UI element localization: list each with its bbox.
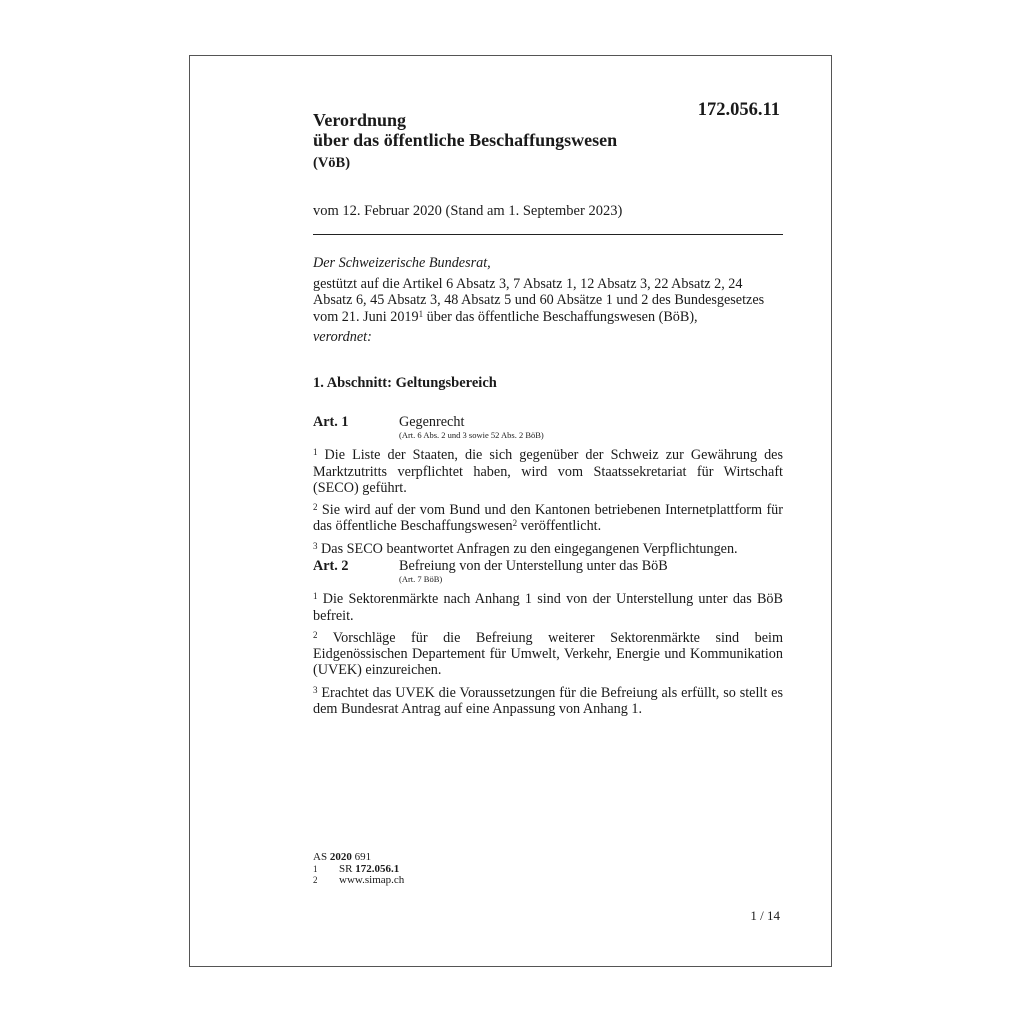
sr-number: 172.056.11	[698, 100, 780, 121]
article-title: Gegenrecht	[399, 414, 464, 430]
header-divider	[313, 234, 783, 235]
section-heading: 1. Abschnitt: Geltungsbereich	[313, 375, 497, 392]
paragraph: 3 Erachtet das UVEK die Voraussetzungen …	[313, 685, 783, 718]
paragraph-number: 3	[313, 541, 318, 551]
paragraph-number: 2	[313, 502, 318, 512]
as-page: 691	[352, 851, 371, 863]
preamble-basis: gestützt auf die Artikel 6 Absatz 3, 7 A…	[313, 276, 783, 326]
article-1: Art. 1 Gegenrecht (Art. 6 Abs. 2 und 3 s…	[313, 414, 783, 557]
article-number: Art. 1	[313, 414, 399, 430]
footnote-text: SR	[339, 863, 355, 875]
paragraph-number: 1	[313, 591, 318, 601]
as-year: 2020	[330, 851, 352, 863]
paragraph-text: Die Liste der Staaten, die sich gegenübe…	[313, 447, 783, 496]
footnote-number: 2	[313, 875, 339, 887]
date-line: vom 12. Februar 2020 (Stand am 1. Septem…	[313, 203, 622, 220]
paragraph-text: Vorschläge für die Befreiung weiterer Se…	[313, 630, 783, 679]
footnote-link[interactable]: www.simap.ch	[339, 875, 404, 887]
paragraph: 1 Die Liste der Staaten, die sich gegenü…	[313, 447, 783, 496]
paragraph-text: Die Sektorenmärkte nach Anhang 1 sind vo…	[313, 591, 783, 623]
paragraph-text: Erachtet das UVEK die Voraussetzungen fü…	[313, 685, 783, 717]
paragraph-text-2: veröffentlicht.	[517, 518, 601, 534]
article-title: Befreiung von der Unterstellung unter da…	[399, 558, 668, 574]
paragraph: 3 Das SECO beantwortet Anfragen zu den e…	[313, 541, 783, 557]
paragraph-text: Das SECO beantwortet Anfragen zu den ein…	[321, 541, 738, 557]
title-line-2: über das öffentliche Beschaffungswesen	[313, 130, 617, 150]
paragraph-number: 2	[313, 630, 318, 640]
preamble: Der Schweizerische Bundesrat, gestützt a…	[313, 255, 783, 350]
footnote-sr-link[interactable]: 172.056.1	[355, 863, 399, 875]
title-abbreviation: (VöB)	[313, 152, 617, 174]
article-2: Art. 2 Befreiung von der Unterstellung u…	[313, 558, 783, 717]
article-reference: (Art. 7 BöB)	[399, 574, 668, 585]
article-number: Art. 2	[313, 558, 399, 574]
document-page: Verordnung über das öffentliche Beschaff…	[189, 55, 832, 967]
paragraph: 2 Sie wird auf der vom Bund und den Kant…	[313, 502, 783, 535]
article-reference: (Art. 6 Abs. 2 und 3 sowie 52 Abs. 2 BöB…	[399, 430, 544, 441]
preamble-basis-text-2: über das öffentliche Beschaffungswesen (…	[423, 309, 697, 325]
paragraph: 1 Die Sektorenmärkte nach Anhang 1 sind …	[313, 591, 783, 624]
paragraph: 2 Vorschläge für die Befreiung weiterer …	[313, 630, 783, 679]
document-title: Verordnung über das öffentliche Beschaff…	[313, 110, 617, 174]
footnotes: AS 2020 691 1 SR 172.056.1 2 www.simap.c…	[313, 852, 404, 887]
title-line-1: Verordnung	[313, 110, 617, 130]
preamble-decree: verordnet:	[313, 329, 783, 346]
footnote-number: 1	[313, 864, 339, 876]
page-number: 1 / 14	[750, 908, 780, 924]
footnote-2: 2 www.simap.ch	[313, 875, 404, 887]
paragraph-number: 3	[313, 685, 318, 695]
as-prefix: AS	[313, 851, 330, 863]
paragraph-number: 1	[313, 447, 318, 457]
preamble-issuer: Der Schweizerische Bundesrat,	[313, 255, 783, 272]
